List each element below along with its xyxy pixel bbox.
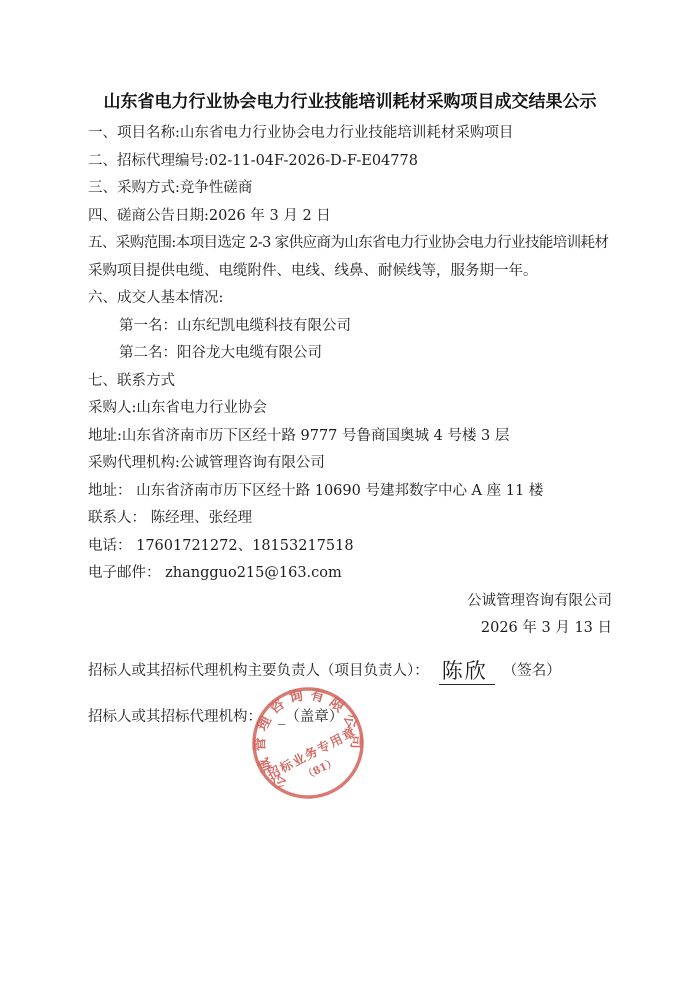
line-signoff-date: 2026 年 3 月 13 日 xyxy=(88,614,612,642)
line-purchaser: 采购人:山东省电力行业协会 xyxy=(88,394,612,422)
official-stamp-icon: 公诚管理咨询有限公司 招标业务专用章 （81） xyxy=(242,677,374,809)
line-scope-part2: 采购项目提供电缆、电缆附件、电线、线鼻、耐候线等，服务期一年。 xyxy=(88,257,612,285)
line-agency-number: 二、招标代理编号:02-11-04F-2026-D-F-E04778 xyxy=(88,147,612,175)
signature-suffix: （签名） xyxy=(503,663,561,679)
seal-label: 招标人或其招标代理机构： xyxy=(88,709,262,725)
line-project-name: 一、项目名称:山东省电力行业协会电力行业技能培训耗材采购项目 xyxy=(88,119,612,147)
line-contact-heading: 七、联系方式 xyxy=(88,367,612,395)
line-phone: 电话： 17601721272、18153217518 xyxy=(88,532,612,560)
line-winner-first: 第一名：山东纪凯电缆科技有限公司 xyxy=(88,312,612,340)
line-agency: 采购代理机构:公诚管理咨询有限公司 xyxy=(88,449,612,477)
line-procurement-method: 三、采购方式:竞争性磋商 xyxy=(88,174,612,202)
document-page: 山东省电力行业协会电力行业技能培训耗材采购项目成交结果公示 一、项目名称:山东省… xyxy=(0,0,700,990)
line-purchaser-address: 地址:山东省济南市历下区经十路 9777 号鲁商国奥城 4 号楼 3 层 xyxy=(88,422,612,450)
document-title: 山东省电力行业协会电力行业技能培训耗材采购项目成交结果公示 xyxy=(0,88,700,116)
line-email: 电子邮件： zhangguo215@163.com xyxy=(88,559,612,587)
line-agency-address: 地址： 山东省济南市历下区经十路 10690 号建邦数字中心 A 座 11 楼 xyxy=(88,477,612,505)
line-agency-signoff: 公诚管理咨询有限公司 xyxy=(88,587,612,615)
line-winner-second: 第二名：阳谷龙大电缆有限公司 xyxy=(88,339,612,367)
line-announcement-date: 四、磋商公告日期:2026 年 3 月 2 日 xyxy=(88,202,612,230)
line-contacts: 联系人： 陈经理、张经理 xyxy=(88,504,612,532)
signature-name: 陈欣 xyxy=(439,659,495,685)
line-winners-heading: 六、成交人基本情况: xyxy=(88,284,612,312)
line-scope-part1: 五、采购范围:本项目选定 2-3 家供应商为山东省电力行业协会电力行业技能培训耗… xyxy=(88,229,612,257)
